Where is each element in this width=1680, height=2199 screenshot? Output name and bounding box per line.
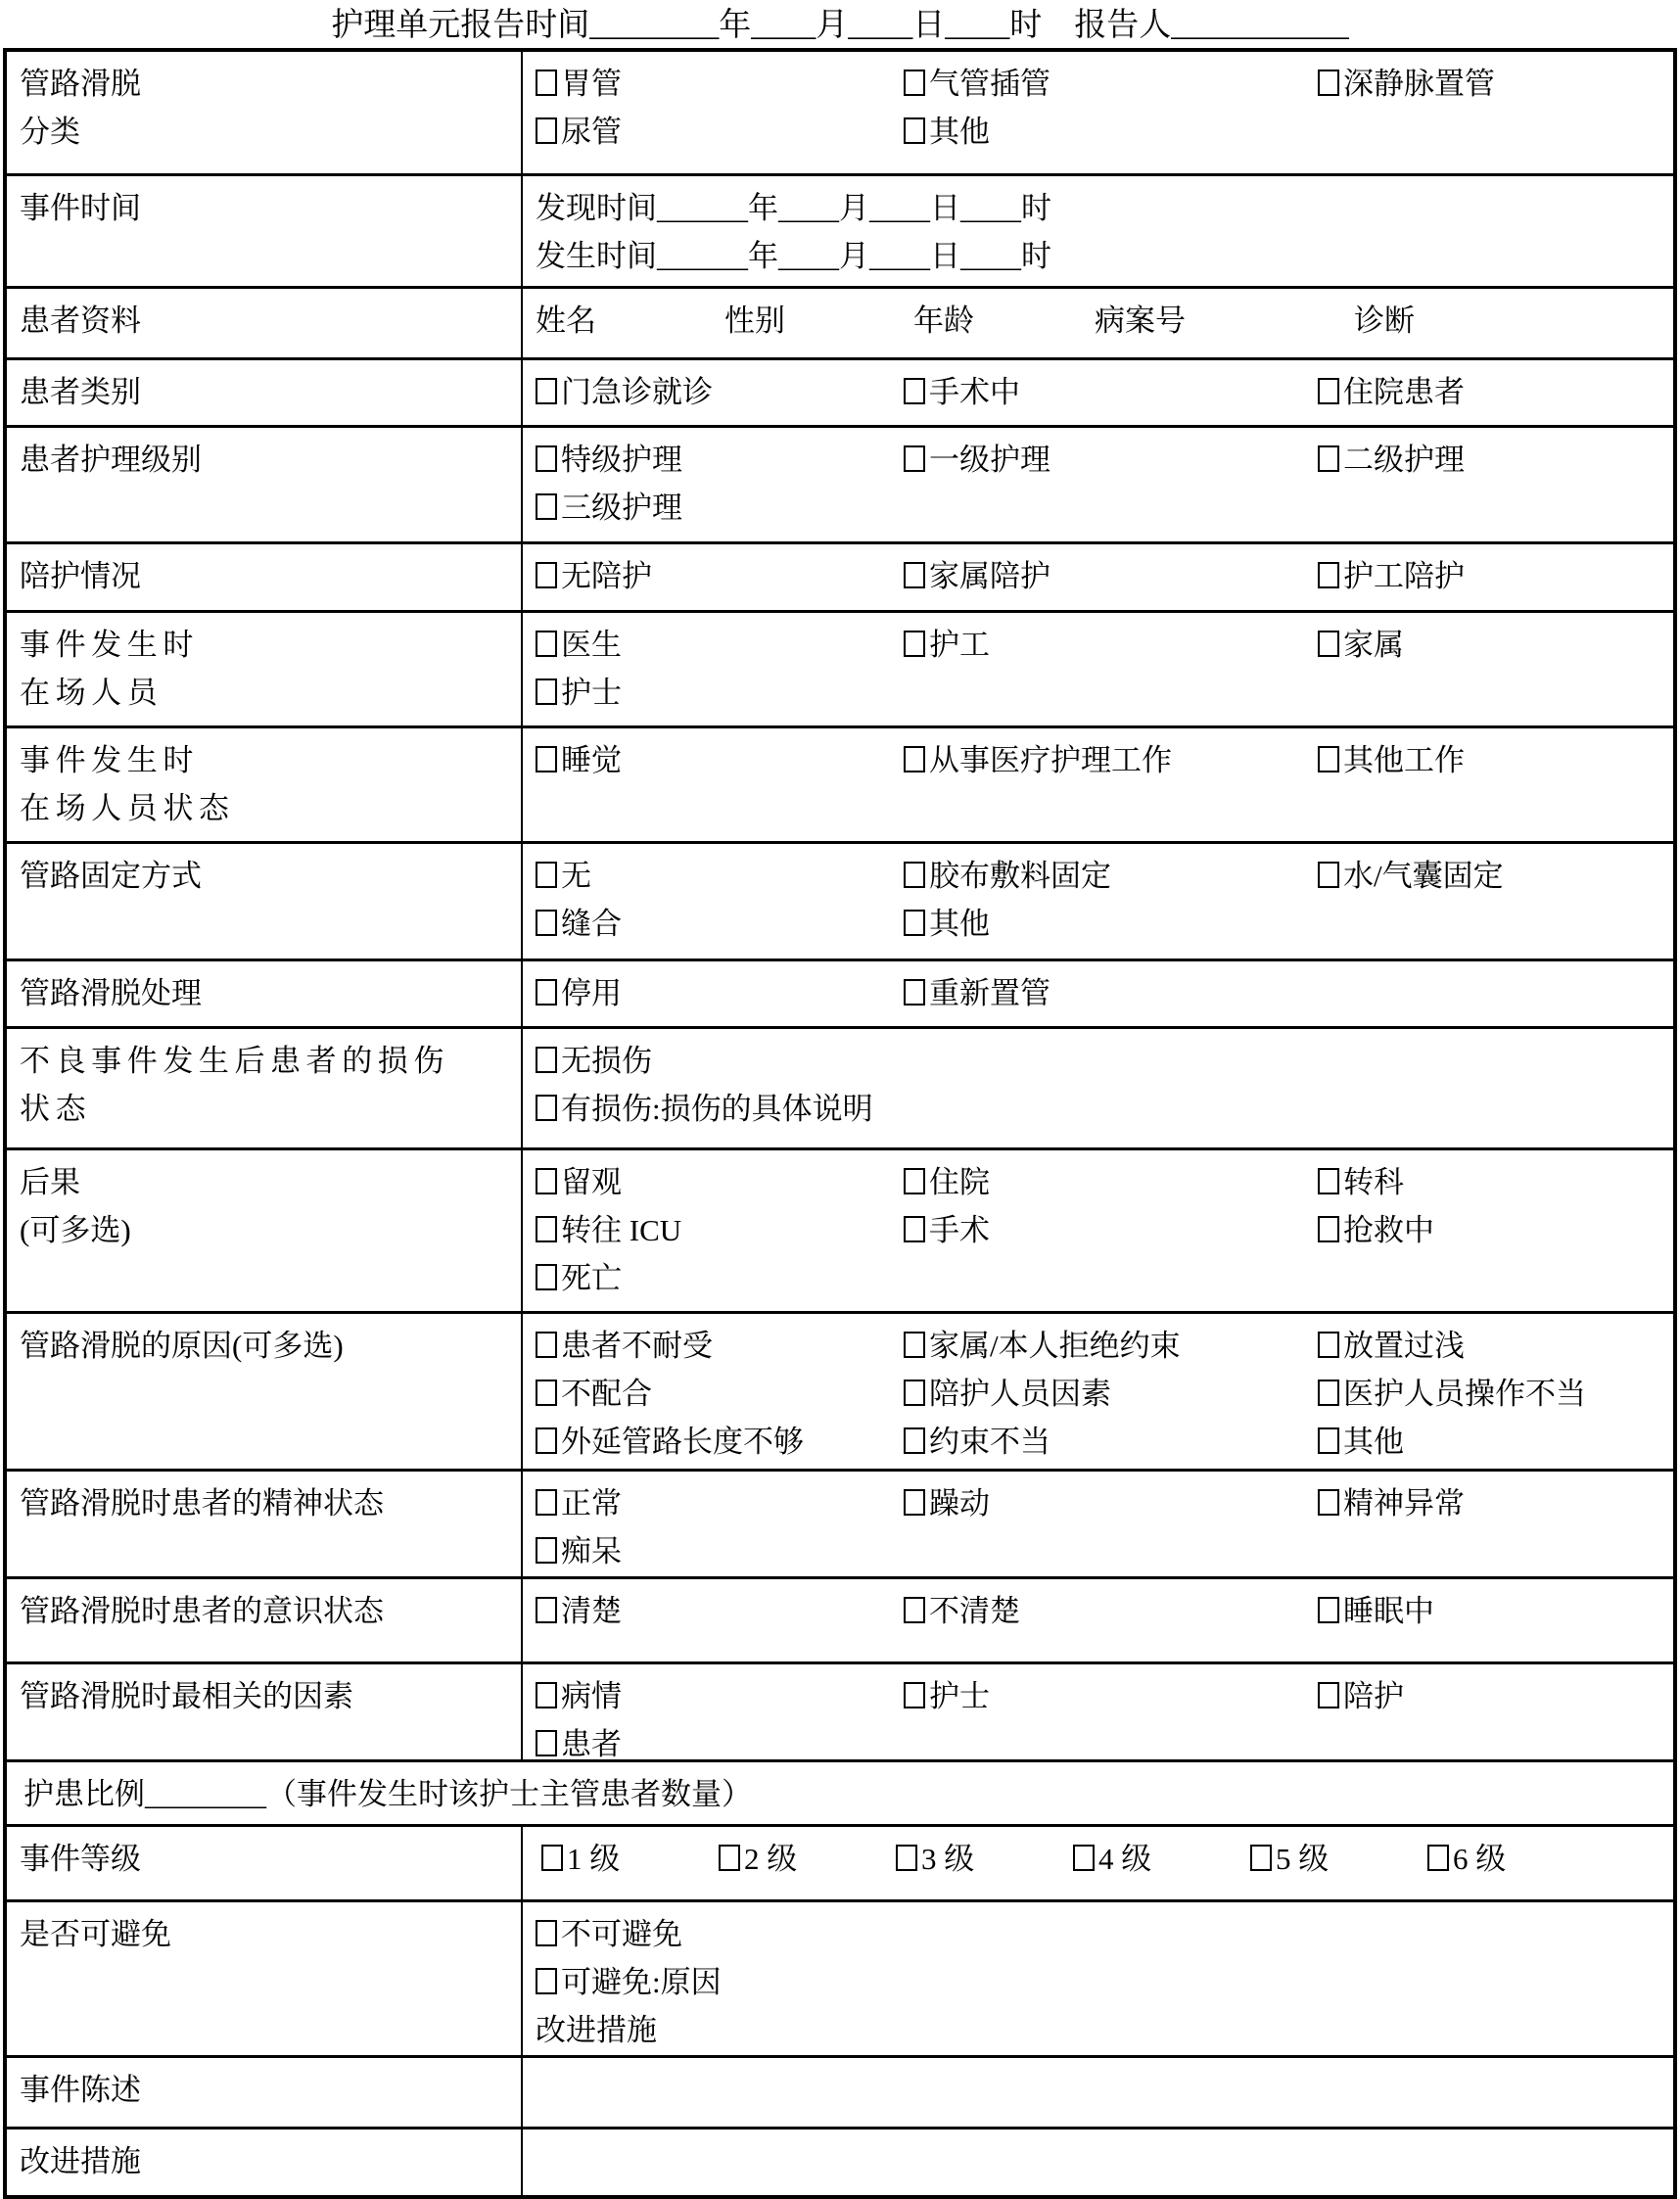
row-label: 是否可避免 (7, 1902, 523, 2055)
checkbox-option[interactable]: 不可避免 (536, 1910, 1673, 1958)
option-label: 一级护理 (929, 443, 1050, 477)
checkbox-option[interactable]: 门急诊就诊 (536, 368, 904, 416)
checkbox-option[interactable]: 胶布敷料固定 (904, 852, 1318, 900)
option-label: 无陪护 (561, 559, 652, 593)
checkbox-option[interactable]: 住院 (904, 1158, 1318, 1206)
option-label: 姓名 (536, 304, 596, 338)
label-line: 在场人员状态 (20, 784, 513, 832)
checkbox-option[interactable]: 特级护理 (536, 436, 904, 484)
label-line: 事件发生时 (20, 621, 513, 669)
checkbox-option[interactable]: 无 (536, 852, 904, 900)
form-row: 事件陈述 (7, 2055, 1673, 2127)
checkbox-option[interactable]: 家属陪护 (904, 552, 1318, 600)
checkbox-option[interactable]: 3 级 (896, 1835, 1073, 1883)
option-label: 病案号 (1095, 304, 1186, 338)
row-options (523, 2129, 1673, 2195)
row-label: 管路滑脱时患者的精神状态 (7, 1472, 523, 1576)
checkbox-option[interactable]: 外延管路长度不够 (536, 1418, 904, 1466)
text-item: 护患比例________（事件发生时该护士主管患者数量） (23, 1770, 1673, 1818)
checkbox-icon[interactable] (1250, 1845, 1272, 1871)
checkbox-option[interactable]: 胃管 (536, 60, 904, 108)
form-table: 管路滑脱分类胃管气管插管深静脉置管尿管其他事件时间发现时间______年____… (3, 48, 1677, 2199)
checkbox-option[interactable]: 不配合 (536, 1370, 904, 1418)
row-options: 患者不耐受家属/本人拒绝约束放置过浅不配合陪护人员因素医护人员操作不当外延管路长… (523, 1314, 1673, 1469)
option-line: 发现时间______年____月____日____时 (536, 184, 1673, 232)
checkbox-icon[interactable] (536, 1427, 557, 1454)
option-label: 转往 ICU (561, 1213, 681, 1247)
checkbox-icon[interactable] (536, 862, 557, 888)
checkbox-icon[interactable] (536, 1920, 557, 1946)
option-label: 年龄 (913, 304, 974, 338)
row-options: 姓名性别年龄病案号诊断 (523, 289, 1673, 357)
checkbox-icon[interactable] (904, 1332, 925, 1358)
form-row: 事件发生时在场人员状态睡觉从事医疗护理工作其他工作 (7, 725, 1673, 841)
checkbox-option[interactable]: 睡觉 (536, 736, 904, 784)
checkbox-option[interactable]: 正常 (536, 1479, 904, 1527)
form-row: 后果(可多选)留观住院转科转往 ICU手术抢救中死亡 (7, 1147, 1673, 1311)
option-line: 睡觉从事医疗护理工作其他工作 (536, 736, 1673, 784)
checkbox-option[interactable]: 医生 (536, 621, 904, 669)
option-line: 可避免:原因 (536, 1958, 1673, 2006)
checkbox-icon[interactable] (536, 562, 557, 588)
checkbox-icon[interactable] (1318, 1332, 1339, 1358)
row-options: 胃管气管插管深静脉置管尿管其他 (523, 52, 1673, 173)
label-line: 患者资料 (20, 297, 513, 345)
option-label: 外延管路长度不够 (561, 1425, 804, 1459)
checkbox-icon[interactable] (536, 1047, 557, 1073)
form-row: 患者资料姓名性别年龄病案号诊断 (7, 286, 1673, 357)
label-line: 患者类别 (20, 368, 513, 416)
option-label: 住院患者 (1343, 375, 1465, 409)
checkbox-option[interactable]: 患者不耐受 (536, 1322, 904, 1370)
checkbox-icon[interactable] (536, 746, 557, 772)
checkbox-icon[interactable] (536, 493, 557, 520)
option-label: 转科 (1343, 1165, 1404, 1199)
row-label: 事件发生时在场人员 (7, 613, 523, 725)
checkbox-icon[interactable] (904, 445, 925, 472)
row-options: 特级护理一级护理二级护理三级护理 (523, 428, 1673, 541)
option-line: 1 级2 级3 级4 级5 级6 级 (536, 1835, 1673, 1883)
row-options: 无胶布敷料固定水/气囊固定缝合其他 (523, 844, 1673, 959)
checkbox-option[interactable]: 放置过浅 (1318, 1322, 1673, 1370)
checkbox-icon[interactable] (536, 1168, 557, 1194)
checkbox-icon[interactable] (904, 1597, 925, 1623)
option-label: 1 级 (567, 1842, 620, 1876)
label-line: 在场人员 (20, 669, 513, 717)
option-line: 门急诊就诊手术中住院患者 (536, 368, 1673, 416)
checkbox-icon[interactable] (1318, 1489, 1339, 1516)
row-label: 管路滑脱时患者的意识状态 (7, 1579, 523, 1661)
option-line: 改进措施 (536, 2006, 1673, 2054)
row-options: 不可避免可避免:原因改进措施 (523, 1902, 1673, 2055)
checkbox-icon[interactable] (536, 631, 557, 657)
checkbox-icon[interactable] (904, 117, 925, 144)
checkbox-icon[interactable] (904, 1682, 925, 1708)
checkbox-icon[interactable] (1427, 1845, 1449, 1871)
option-line: 三级护理 (536, 484, 1673, 532)
checkbox-icon[interactable] (536, 1968, 557, 1994)
option-label: 医护人员操作不当 (1343, 1377, 1586, 1411)
option-line: 正常躁动精神异常 (536, 1479, 1673, 1527)
row-label: 患者类别 (7, 360, 523, 425)
option-label: 陪护人员因素 (929, 1377, 1111, 1411)
option-label: 不清楚 (929, 1594, 1020, 1628)
option-line: 胃管气管插管深静脉置管 (536, 60, 1673, 108)
label-line: 患者护理级别 (20, 436, 513, 484)
checkbox-icon[interactable] (536, 1380, 557, 1406)
row-label: 后果(可多选) (7, 1150, 523, 1311)
checkbox-icon[interactable] (1318, 631, 1339, 657)
checkbox-option[interactable]: 护士 (536, 669, 904, 717)
checkbox-icon[interactable] (904, 1216, 925, 1242)
checkbox-icon[interactable] (536, 678, 557, 705)
checkbox-icon[interactable] (904, 378, 925, 404)
checkbox-option[interactable]: 其他工作 (1318, 736, 1673, 784)
checkbox-icon[interactable] (536, 1216, 557, 1242)
label-line: 管路固定方式 (20, 852, 513, 900)
checkbox-icon[interactable] (1318, 1682, 1339, 1708)
checkbox-icon[interactable] (904, 1168, 925, 1194)
row-options: 睡觉从事医疗护理工作其他工作 (523, 728, 1673, 841)
option-label: 其他 (929, 907, 990, 941)
checkbox-option[interactable]: 躁动 (904, 1479, 1318, 1527)
form-row: 事件时间发现时间______年____月____日____时发生时间______… (7, 173, 1673, 286)
label-line: 管路滑脱 (20, 60, 513, 108)
checkbox-option[interactable]: 约束不当 (904, 1418, 1318, 1466)
checkbox-option[interactable]: 一级护理 (904, 436, 1318, 484)
option-line: 医生护工家属 (536, 621, 1673, 669)
checkbox-option[interactable]: 住院患者 (1318, 368, 1673, 416)
option-label: 发现时间______年____月____日____时 (536, 191, 1051, 225)
option-line: 无胶布敷料固定水/气囊固定 (536, 852, 1673, 900)
option-line: 不可避免 (536, 1910, 1673, 1958)
checkbox-icon[interactable] (536, 1730, 557, 1756)
form-row: 护患比例________（事件发生时该护士主管患者数量） (7, 1759, 1673, 1824)
option-label: 患者 (561, 1727, 622, 1761)
checkbox-option[interactable]: 其他 (904, 108, 1318, 156)
row-options: 门急诊就诊手术中住院患者 (523, 360, 1673, 425)
checkbox-icon[interactable] (536, 1264, 557, 1290)
checkbox-option[interactable]: 1 级 (541, 1835, 719, 1883)
checkbox-icon[interactable] (1318, 1380, 1339, 1406)
checkbox-icon[interactable] (1318, 378, 1339, 404)
checkbox-icon[interactable] (904, 910, 925, 936)
checkbox-icon[interactable] (1318, 562, 1339, 588)
form-row: 不良事件发生后患者的损伤状态无损伤有损伤:损伤的具体说明 (7, 1026, 1673, 1147)
form-row: 患者类别门急诊就诊手术中住院患者 (7, 357, 1673, 425)
option-label: 性别 (724, 304, 785, 338)
option-line: 死亡 (536, 1254, 1673, 1302)
option-label: 留观 (561, 1165, 622, 1199)
checkbox-icon[interactable] (904, 70, 925, 96)
checkbox-option[interactable]: 清楚 (536, 1587, 904, 1635)
checkbox-icon[interactable] (1318, 1427, 1339, 1454)
checkbox-option[interactable]: 4 级 (1073, 1835, 1250, 1883)
option-label: 二级护理 (1343, 443, 1465, 477)
row-label: 事件发生时在场人员状态 (7, 728, 523, 841)
option-line: 缝合其他 (536, 900, 1673, 948)
option-line: 清楚不清楚睡眠中 (536, 1587, 1673, 1635)
checkbox-option[interactable]: 可避免:原因 (536, 1958, 1673, 2006)
option-label: 深静脉置管 (1343, 67, 1495, 101)
option-line: 姓名性别年龄病案号诊断 (536, 297, 1673, 345)
option-label: 护工 (929, 628, 990, 662)
checkbox-icon[interactable] (1318, 1597, 1339, 1623)
option-label: 约束不当 (929, 1425, 1050, 1459)
option-line: 留观住院转科 (536, 1158, 1673, 1206)
label-line: 后果 (20, 1158, 513, 1206)
row-options: 清楚不清楚睡眠中 (523, 1579, 1673, 1661)
option-line: 发生时间______年____月____日____时 (536, 232, 1673, 280)
checkbox-option[interactable]: 无陪护 (536, 552, 904, 600)
option-label: 痴呆 (561, 1534, 622, 1568)
row-options (523, 2058, 1673, 2127)
checkbox-icon[interactable] (536, 1682, 557, 1708)
option-line: 转往 ICU手术抢救中 (536, 1206, 1673, 1254)
row-label: 患者资料 (7, 289, 523, 357)
option-label: 发生时间______年____月____日____时 (536, 239, 1051, 273)
checkbox-icon[interactable] (536, 1095, 557, 1121)
row-options: 医生护工家属护士 (523, 613, 1673, 725)
option-line: 无损伤 (536, 1037, 1673, 1085)
form-row: 管路滑脱时患者的精神状态正常躁动精神异常痴呆 (7, 1469, 1673, 1576)
checkbox-icon[interactable] (904, 746, 925, 772)
option-line: 尿管其他 (536, 108, 1673, 156)
text-item: 性别 (724, 297, 913, 345)
label-line: 管路滑脱时最相关的因素 (20, 1672, 513, 1720)
option-label: 三级护理 (561, 491, 682, 525)
option-label: 手术中 (929, 375, 1020, 409)
checkbox-icon[interactable] (536, 378, 557, 404)
option-label: 家属/本人拒绝约束 (929, 1329, 1181, 1363)
option-label: 正常 (561, 1486, 622, 1521)
checkbox-option[interactable]: 无损伤 (536, 1037, 1673, 1085)
option-line: 有损伤:损伤的具体说明 (536, 1085, 1673, 1133)
option-label: 睡觉 (561, 743, 622, 777)
text-item: 病案号 (1095, 297, 1354, 345)
checkbox-option[interactable]: 2 级 (719, 1835, 896, 1883)
option-label: 诊断 (1354, 304, 1415, 338)
checkbox-option[interactable]: 痴呆 (536, 1527, 904, 1575)
checkbox-option[interactable]: 有损伤:损伤的具体说明 (536, 1085, 1673, 1133)
checkbox-icon[interactable] (536, 70, 557, 96)
option-label: 家属 (1343, 628, 1404, 662)
form-row: 改进措施 (7, 2127, 1673, 2195)
checkbox-option[interactable]: 手术 (904, 1206, 1318, 1254)
checkbox-option[interactable]: 转科 (1318, 1158, 1673, 1206)
option-label: 2 级 (744, 1842, 797, 1876)
checkbox-option[interactable]: 陪护 (1318, 1672, 1673, 1720)
option-label: 其他 (929, 115, 990, 149)
checkbox-icon[interactable] (536, 1489, 557, 1516)
option-line: 不配合陪护人员因素医护人员操作不当 (536, 1370, 1673, 1418)
checkbox-option[interactable]: 死亡 (536, 1254, 904, 1302)
label-line: 事件陈述 (20, 2066, 513, 2114)
option-label: 特级护理 (561, 443, 682, 477)
checkbox-option[interactable]: 不清楚 (904, 1587, 1318, 1635)
option-label: 尿管 (561, 115, 622, 149)
row-label: 事件等级 (7, 1827, 523, 1899)
option-label: 死亡 (561, 1261, 622, 1295)
option-label: 6 级 (1453, 1842, 1506, 1876)
form-row: 陪护情况无陪护家属陪护护工陪护 (7, 541, 1673, 610)
option-line: 停用重新置管 (536, 969, 1673, 1017)
row-label: 管路固定方式 (7, 844, 523, 959)
page-title: 护理单元报告时间________年____月____日____时 报告人____… (0, 0, 1680, 48)
text-item: 改进措施 (536, 2006, 1673, 2054)
checkbox-option[interactable]: 抢救中 (1318, 1206, 1673, 1254)
checkbox-icon[interactable] (536, 1332, 557, 1358)
option-label: 重新置管 (929, 976, 1050, 1010)
checkbox-option[interactable]: 二级护理 (1318, 436, 1673, 484)
checkbox-option[interactable]: 气管插管 (904, 60, 1318, 108)
row-label: 患者护理级别 (7, 428, 523, 541)
checkbox-option[interactable]: 病情 (536, 1672, 904, 1720)
label-line: 事件发生时 (20, 736, 513, 784)
checkbox-option[interactable]: 家属/本人拒绝约束 (904, 1322, 1318, 1370)
checkbox-icon[interactable] (536, 910, 557, 936)
option-label: 其他 (1343, 1425, 1404, 1459)
checkbox-icon[interactable] (904, 1380, 925, 1406)
option-label: 5 级 (1276, 1842, 1329, 1876)
option-label: 护士 (929, 1679, 990, 1713)
checkbox-option[interactable]: 水/气囊固定 (1318, 852, 1673, 900)
checkbox-icon[interactable] (536, 445, 557, 472)
option-label: 护工陪护 (1343, 559, 1465, 593)
checkbox-option[interactable]: 医护人员操作不当 (1318, 1370, 1673, 1418)
row-options: 1 级2 级3 级4 级5 级6 级 (523, 1827, 1673, 1899)
checkbox-option[interactable]: 停用 (536, 969, 904, 1017)
row-label: 管路滑脱处理 (7, 961, 523, 1026)
option-label: 4 级 (1098, 1842, 1151, 1876)
checkbox-option[interactable]: 转往 ICU (536, 1206, 904, 1254)
option-label: 精神异常 (1343, 1486, 1465, 1521)
label-line: 是否可避免 (20, 1910, 513, 1958)
checkbox-icon[interactable] (904, 979, 925, 1006)
option-label: 缝合 (561, 907, 622, 941)
row-label: 管路滑脱时最相关的因素 (7, 1664, 523, 1759)
checkbox-option[interactable]: 护工陪护 (1318, 552, 1673, 600)
label-line: 管路滑脱时患者的意识状态 (20, 1587, 513, 1635)
row-options: 发现时间______年____月____日____时发生时间______年___… (523, 176, 1673, 286)
option-label: 抢救中 (1343, 1213, 1434, 1247)
checkbox-option[interactable]: 手术中 (904, 368, 1318, 416)
checkbox-icon[interactable] (904, 562, 925, 588)
checkbox-option[interactable]: 留观 (536, 1158, 904, 1206)
checkbox-icon[interactable] (536, 1537, 557, 1564)
option-label: 从事医疗护理工作 (929, 743, 1172, 777)
option-label: 无 (561, 859, 591, 893)
form-row: 管路滑脱时患者的意识状态清楚不清楚睡眠中 (7, 1576, 1673, 1661)
form-row: 管路滑脱处理停用重新置管 (7, 959, 1673, 1026)
checkbox-option[interactable]: 睡眠中 (1318, 1587, 1673, 1635)
option-label: 不配合 (561, 1377, 652, 1411)
checkbox-icon[interactable] (536, 979, 557, 1006)
label-line: (可多选) (20, 1206, 513, 1254)
option-label: 3 级 (921, 1842, 974, 1876)
option-line: 护士 (536, 669, 1673, 717)
row-label: 改进措施 (7, 2129, 523, 2195)
checkbox-option[interactable]: 陪护人员因素 (904, 1370, 1318, 1418)
option-label: 改进措施 (536, 2013, 657, 2047)
checkbox-option[interactable]: 护工 (904, 621, 1318, 669)
checkbox-option[interactable]: 护士 (904, 1672, 1318, 1720)
checkbox-icon[interactable] (1318, 70, 1339, 96)
checkbox-option[interactable]: 精神异常 (1318, 1479, 1673, 1527)
checkbox-icon[interactable] (904, 631, 925, 657)
option-line: 患者 (536, 1720, 1673, 1768)
option-label: 医生 (561, 628, 622, 662)
option-label: 护士 (561, 676, 622, 710)
option-label: 病情 (561, 1679, 622, 1713)
option-label: 陪护 (1343, 1679, 1404, 1713)
checkbox-option[interactable]: 从事医疗护理工作 (904, 736, 1318, 784)
text-item: 姓名 (536, 297, 724, 345)
checkbox-icon[interactable] (904, 1489, 925, 1516)
checkbox-icon[interactable] (904, 1427, 925, 1454)
checkbox-option[interactable]: 重新置管 (904, 969, 1318, 1017)
option-label: 有损伤:损伤的具体说明 (561, 1092, 873, 1126)
checkbox-option[interactable]: 其他 (904, 900, 1318, 948)
option-line: 患者不耐受家属/本人拒绝约束放置过浅 (536, 1322, 1673, 1370)
full-row-content: 护患比例________（事件发生时该护士主管患者数量） (7, 1762, 1673, 1824)
checkbox-icon[interactable] (896, 1845, 917, 1871)
checkbox-icon[interactable] (719, 1845, 740, 1871)
row-label: 管路滑脱的原因(可多选) (7, 1314, 523, 1469)
option-label: 门急诊就诊 (561, 375, 713, 409)
option-label: 护患比例________（事件发生时该护士主管患者数量） (23, 1777, 752, 1811)
row-options: 停用重新置管 (523, 961, 1673, 1026)
row-label: 事件时间 (7, 176, 523, 286)
checkbox-icon[interactable] (904, 862, 925, 888)
checkbox-option[interactable]: 其他 (1318, 1418, 1673, 1466)
checkbox-option[interactable]: 深静脉置管 (1318, 60, 1673, 108)
text-item: 诊断 (1354, 297, 1673, 345)
option-label: 停用 (561, 976, 622, 1010)
checkbox-icon[interactable] (1318, 1168, 1339, 1194)
label-line: 分类 (20, 108, 513, 156)
checkbox-option[interactable]: 患者 (536, 1720, 904, 1768)
checkbox-option[interactable]: 5 级 (1250, 1835, 1427, 1883)
checkbox-icon[interactable] (541, 1845, 563, 1871)
checkbox-option[interactable]: 缝合 (536, 900, 904, 948)
form-row: 是否可避免不可避免可避免:原因改进措施 (7, 1899, 1673, 2055)
option-label: 睡眠中 (1343, 1594, 1434, 1628)
row-options: 无陪护家属陪护护工陪护 (523, 544, 1673, 610)
checkbox-option[interactable]: 家属 (1318, 621, 1673, 669)
label-line: 管路滑脱的原因(可多选) (20, 1322, 513, 1370)
checkbox-option[interactable]: 尿管 (536, 108, 904, 156)
checkbox-option[interactable]: 6 级 (1427, 1835, 1673, 1883)
option-label: 患者不耐受 (561, 1329, 713, 1363)
option-line: 无陪护家属陪护护工陪护 (536, 552, 1673, 600)
checkbox-icon[interactable] (1073, 1845, 1095, 1871)
checkbox-icon[interactable] (1318, 746, 1339, 772)
checkbox-icon[interactable] (1318, 862, 1339, 888)
label-line: 改进措施 (20, 2137, 513, 2185)
checkbox-icon[interactable] (536, 117, 557, 144)
option-label: 家属陪护 (929, 559, 1050, 593)
checkbox-icon[interactable] (1318, 445, 1339, 472)
checkbox-icon[interactable] (1318, 1216, 1339, 1242)
option-label: 手术 (929, 1213, 990, 1247)
option-label: 住院 (929, 1165, 990, 1199)
checkbox-option[interactable]: 三级护理 (536, 484, 904, 532)
option-line: 特级护理一级护理二级护理 (536, 436, 1673, 484)
form-row: 管路滑脱分类胃管气管插管深静脉置管尿管其他 (7, 52, 1673, 173)
checkbox-icon[interactable] (536, 1597, 557, 1623)
option-line: 外延管路长度不够约束不当其他 (536, 1418, 1673, 1466)
